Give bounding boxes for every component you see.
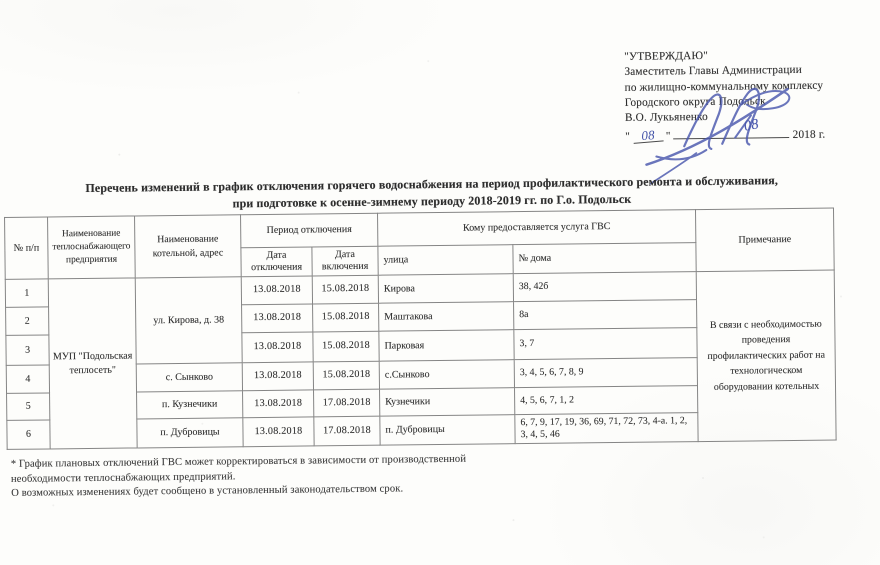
cell-num: 1	[5, 279, 48, 307]
cell-street: Маштакова	[379, 302, 514, 332]
document-title: Перечень изменений в график отключения г…	[0, 171, 865, 214]
header-company: Наименование теплоснабжающего предприяти…	[48, 216, 136, 279]
cell-street: п. Дубровицы	[380, 415, 515, 446]
cell-date-off: 13.08.2018	[242, 332, 313, 363]
approval-position-line1: Заместитель Главы Администрации	[624, 63, 824, 81]
approval-signer-name: В.О. Лукьяненко	[625, 109, 825, 127]
cell-boiler: ул. Кирова, д. 38	[135, 277, 242, 364]
header-street: улица	[378, 245, 513, 276]
date-quote-open: "	[625, 131, 630, 143]
cell-num: 4	[6, 365, 49, 393]
header-date-off: Дата отключения	[241, 247, 312, 277]
cell-date-off: 13.08.2018	[241, 276, 312, 305]
cell-num: 5	[7, 393, 50, 420]
approval-block: "УТВЕРЖДАЮ" Заместитель Главы Администра…	[624, 48, 825, 146]
header-service: Кому предоставляется услуга ГВС	[378, 210, 696, 247]
cell-house: 3, 7	[514, 328, 697, 360]
cell-date-on: 15.08.2018	[313, 331, 379, 362]
cell-street: Кузнечики	[380, 388, 515, 417]
schedule-table-wrap: № п/п Наименование теплоснабжающего пред…	[4, 208, 837, 450]
date-blank-line	[674, 126, 790, 140]
cell-boiler: п. Дубровицы	[137, 418, 243, 448]
cell-company: МУП "Подольская теплосеть"	[48, 278, 137, 449]
date-quote-close: "	[666, 131, 671, 143]
schedule-table: № п/п Наименование теплоснабжающего пред…	[4, 208, 837, 450]
scan-speckles	[118, 154, 120, 156]
cell-date-on: 15.08.2018	[312, 275, 378, 304]
header-house: № дома	[513, 243, 696, 274]
cell-date-off: 13.08.2018	[243, 390, 314, 418]
cell-house: 3, 4, 5, 6, 7, 8, 9	[514, 358, 697, 388]
cell-boiler: с. Сынково	[136, 363, 242, 392]
cell-date-on: 15.08.2018	[313, 303, 379, 332]
document-sheet: "УТВЕРЖДАЮ" Заместитель Главы Администра…	[0, 0, 880, 565]
handwritten-month: 08	[743, 116, 760, 135]
cell-street: Кирова	[378, 274, 513, 304]
cell-street: с.Сынково	[379, 360, 514, 390]
approval-date-line: " 08 " 2018 г.	[625, 125, 825, 146]
header-note: Примечание	[696, 208, 835, 272]
header-period: Период отключения	[241, 213, 378, 248]
cell-date-off: 13.08.2018	[242, 362, 313, 391]
handwritten-day: 08	[632, 129, 663, 144]
scanned-document-page: "УТВЕРЖДАЮ" Заместитель Главы Администра…	[0, 0, 880, 565]
cell-date-on: 17.08.2018	[314, 389, 380, 417]
cell-date-off: 13.08.2018	[243, 417, 314, 447]
approval-position-line2: по жилищно-коммунальному комплексу	[625, 78, 825, 96]
cell-num: 2	[6, 307, 49, 335]
cell-street: Парковая	[379, 330, 514, 362]
cell-boiler: п. Кузнечики	[137, 391, 243, 419]
cell-date-on: 15.08.2018	[313, 361, 379, 390]
header-boiler: Наименование котельной, адрес	[135, 215, 242, 278]
cell-house: 38, 42б	[513, 272, 696, 302]
date-year-label: 2018 г.	[793, 129, 826, 141]
cell-note: В связи с необходимостью проведения проф…	[696, 270, 836, 442]
header-date-on: Дата включения	[312, 246, 378, 276]
footnote: * График плановых отключений ГВС может к…	[11, 453, 467, 502]
header-num: № п/п	[5, 217, 49, 279]
cell-house: 6, 7, 9, 17, 19, 36, 69, 71, 72, 73, 4-а…	[515, 413, 698, 444]
cell-num: 3	[6, 335, 49, 365]
cell-house: 4, 5, 6, 7, 1, 2	[515, 386, 698, 415]
cell-num: 6	[7, 420, 50, 449]
cell-date-on: 17.08.2018	[314, 416, 380, 446]
cell-date-off: 13.08.2018	[242, 304, 313, 333]
cell-house: 8а	[514, 300, 697, 330]
